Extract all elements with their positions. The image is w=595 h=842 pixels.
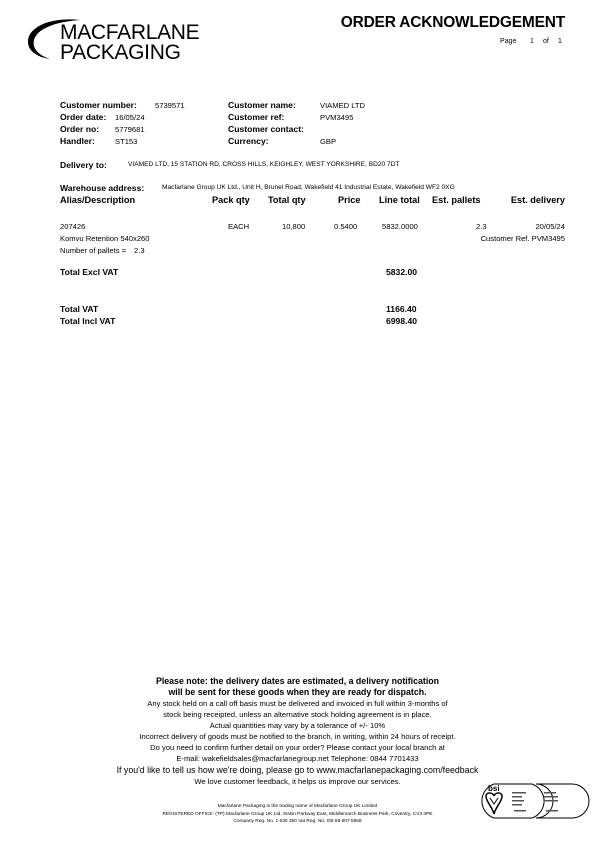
logo-text-line1: MACFARLANE xyxy=(60,22,199,43)
feedback-line: If you'd like to tell us how we're doing… xyxy=(0,764,595,776)
total-vat: 1166.40 xyxy=(386,304,417,314)
notes-line5: Actual quantities may vary by a toleranc… xyxy=(0,720,595,731)
order-date-label: Order date: xyxy=(60,112,106,122)
document-title: ORDER ACKNOWLEDGEMENT xyxy=(341,14,565,32)
row-est-pallets: 2.3 xyxy=(476,222,487,231)
col-total-qty: Total qty xyxy=(268,195,306,205)
notes-bold-line2: will be sent for these goods when they a… xyxy=(0,687,595,698)
company-logo: MACFARLANE PACKAGING xyxy=(22,14,222,66)
row-line-total: 5832.0000 xyxy=(382,222,418,231)
page-current: 1 xyxy=(530,38,534,45)
order-date: 16/05/24 xyxy=(115,113,145,122)
customer-ref-label: Customer ref: xyxy=(228,112,284,122)
bsi-certification-marks: bsi xyxy=(474,780,592,820)
col-est-pallets: Est. pallets xyxy=(432,195,481,205)
notes-line7: Do you need to confirm further detail on… xyxy=(0,742,595,753)
col-line-total: Line total xyxy=(379,195,420,205)
col-alias-description: Alias/Description xyxy=(60,195,135,205)
col-pack-qty: Pack qty xyxy=(212,195,250,205)
currency: GBP xyxy=(320,137,336,146)
page-total: 1 xyxy=(558,38,562,45)
customer-name-label: Customer name: xyxy=(228,100,296,110)
total-incl-vat-label: Total Incl VAT xyxy=(60,316,115,326)
customer-number: 5739571 xyxy=(155,101,185,110)
row-alias: 207426 xyxy=(60,222,85,231)
row-price: 0.5400 xyxy=(334,222,357,231)
delivery-address: VIAMED LTD, 15 STATION RD, CROSS HILLS, … xyxy=(128,161,400,168)
notes-block: Please note: the delivery dates are esti… xyxy=(0,676,595,787)
col-est-delivery: Est. delivery xyxy=(511,195,565,205)
warehouse-label: Warehouse address: xyxy=(60,183,144,193)
notes-line6: Incorrect delivery of goods must be noti… xyxy=(0,731,595,742)
row-description: Komvu Retention 540x260 xyxy=(60,234,150,243)
delivery-label: Delivery to: xyxy=(60,160,107,170)
customer-contact-label: Customer contact: xyxy=(228,124,304,134)
customer-name: VIAMED LTD xyxy=(320,101,365,110)
row-pallets-label: Number of pallets = xyxy=(60,246,126,255)
currency-label: Currency: xyxy=(228,136,269,146)
col-price: Price xyxy=(338,195,360,205)
row-pallets-value: 2.3 xyxy=(134,246,145,255)
total-vat-label: Total VAT xyxy=(60,304,98,314)
page-of: of xyxy=(543,38,549,45)
notes-line8: E-mail: wakefieldsales@macfarlanegroup.n… xyxy=(0,753,595,764)
total-excl-vat-label: Total Excl VAT xyxy=(60,267,118,277)
notes-line3: Any stock held on a call off basis must … xyxy=(0,698,595,709)
warehouse-address: Macfarlane Group UK Ltd., Unit H, Brunel… xyxy=(162,184,455,191)
row-pack-qty: EACH xyxy=(228,222,249,231)
svg-text:bsi: bsi xyxy=(488,784,500,793)
handler-label: Handler: xyxy=(60,136,95,146)
notes-bold-line1: Please note: the delivery dates are esti… xyxy=(0,676,595,687)
page-label: Page xyxy=(500,38,516,45)
notes-line4: stock being receipted, unless an alterna… xyxy=(0,709,595,720)
total-excl-vat: 5832.00 xyxy=(386,267,417,277)
customer-ref: PVM3495 xyxy=(320,113,353,122)
total-incl-vat: 6998.40 xyxy=(386,316,417,326)
bsi-kitemark-icon: bsi xyxy=(474,780,592,820)
handler: ST153 xyxy=(115,137,137,146)
row-est-delivery: 20/05/24 xyxy=(535,222,565,231)
row-total-qty: 10,800 xyxy=(282,222,305,231)
row-customer-ref: Customer Ref. PVM3495 xyxy=(481,234,565,243)
customer-number-label: Customer number: xyxy=(60,100,137,110)
order-no-label: Order no: xyxy=(60,124,99,134)
order-no: 5779681 xyxy=(115,125,145,134)
logo-text-line2: PACKAGING xyxy=(60,42,181,63)
